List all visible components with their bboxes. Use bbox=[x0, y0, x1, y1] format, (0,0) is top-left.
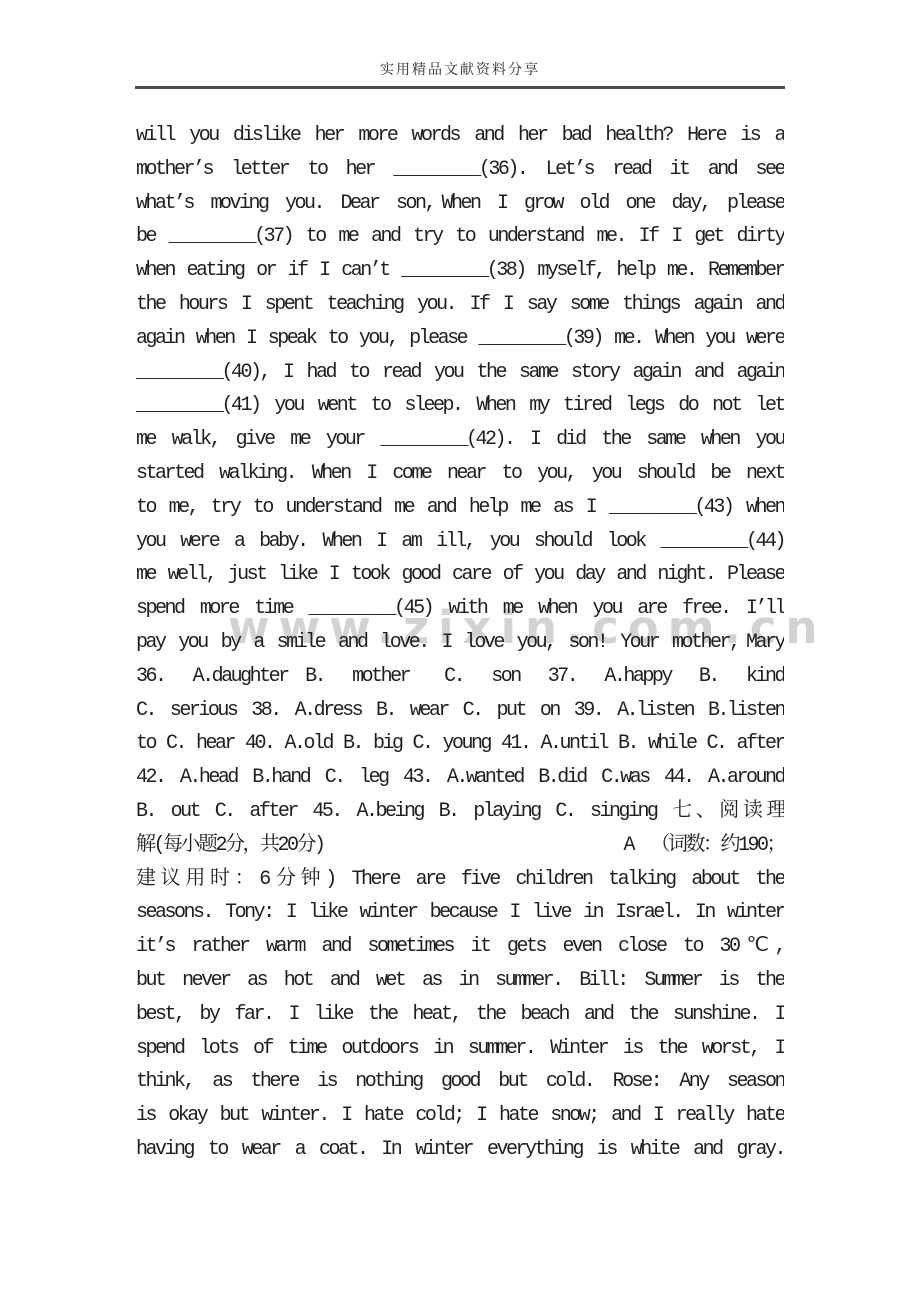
text-line: 36. A.daughter B. mother C. son 37. A.ha… bbox=[136, 660, 784, 694]
text-line: what’s moving you. Dear son, When I grow… bbox=[136, 187, 784, 221]
text-line: it’s rather warm and sometimes it gets e… bbox=[136, 930, 784, 964]
text-line: think, as there is nothing good but cold… bbox=[136, 1065, 784, 1099]
text-line: spend more time _________(45) with me wh… bbox=[136, 592, 784, 626]
text-line: you were a baby. When I am ill, you shou… bbox=[136, 525, 784, 559]
text-line: _________(41) you went to sleep. When my… bbox=[136, 389, 784, 423]
text-line: B. out C. after 45. A.being B. playing C… bbox=[136, 795, 784, 829]
text-line: having to wear a coat. In winter everyth… bbox=[136, 1133, 784, 1167]
text-line: 42. A.head B.hand C. leg 43. A.wanted B.… bbox=[136, 761, 784, 795]
header-title: 实用精品文献资料分享 bbox=[0, 0, 920, 80]
text-line-left: 解(每小题2分，共20分) bbox=[136, 829, 324, 863]
text-line: but never as hot and wet as in summer. B… bbox=[136, 964, 784, 998]
text-line: be _________(37) to me and try to unders… bbox=[136, 220, 784, 254]
text-line: me well, just like I took good care of y… bbox=[136, 558, 784, 592]
text-line: started walking. When I come near to you… bbox=[136, 457, 784, 491]
text-line: when eating or if I can’t _________(38) … bbox=[136, 254, 784, 288]
header-rule bbox=[135, 86, 785, 89]
text-line: spend lots of time outdoors in summer. W… bbox=[136, 1032, 784, 1066]
text-line: seasons. Tony: I like winter because I l… bbox=[136, 896, 784, 930]
text-line: C. serious 38. A.dress B. wear C. put on… bbox=[136, 694, 784, 728]
text-line: 解(每小题2分，共20分)A （词数：约190； bbox=[136, 829, 784, 863]
text-line: _________(40), I had to read you the sam… bbox=[136, 356, 784, 390]
text-line: best, by far. I like the heat, the beach… bbox=[136, 998, 784, 1032]
text-line: pay you by a smile and love. I love you,… bbox=[136, 626, 784, 660]
document-page: 实用精品文献资料分享 www.zixin.com.cn will you dis… bbox=[0, 0, 920, 1302]
text-line: 建议用时：6分钟) There are five children talkin… bbox=[136, 863, 784, 897]
text-line: the hours I spent teaching you. If I say… bbox=[136, 288, 784, 322]
text-line-right: A （词数：约190； bbox=[623, 829, 784, 863]
text-line: to me, try to understand me and help me … bbox=[136, 491, 784, 525]
text-line: to C. hear 40. A.old B. big C. young 41.… bbox=[136, 727, 784, 761]
body-lines: will you dislike her more words and her … bbox=[136, 119, 784, 1167]
text-line: mother’s letter to her _________(36). Le… bbox=[136, 153, 784, 187]
text-line: is okay but winter. I hate cold; I hate … bbox=[136, 1099, 784, 1133]
text-line: will you dislike her more words and her … bbox=[136, 119, 784, 153]
text-line: me walk, give me your _________(42). I d… bbox=[136, 423, 784, 457]
text-line: again when I speak to you, please ______… bbox=[136, 322, 784, 356]
